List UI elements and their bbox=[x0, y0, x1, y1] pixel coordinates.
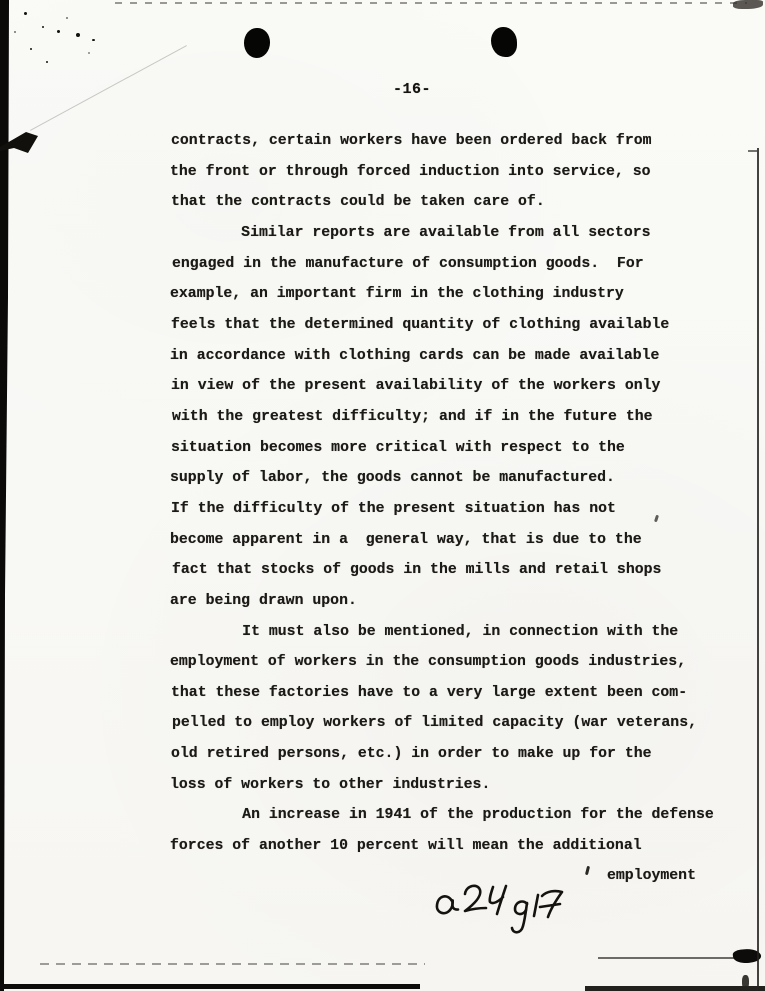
top-right-ink-smudge bbox=[733, 0, 763, 9]
right-edge-line bbox=[757, 148, 759, 991]
typewritten-line: forces of another 10 percent will mean t… bbox=[170, 831, 713, 862]
typewritten-line: engaged in the manufacture of consumptio… bbox=[172, 249, 715, 280]
typewritten-line: situation becomes more critical with res… bbox=[171, 433, 714, 464]
bottom-crease-line bbox=[40, 963, 425, 965]
ink-speck bbox=[76, 33, 80, 37]
typewritten-line: feels that the determined quantity of cl… bbox=[171, 310, 714, 341]
typewritten-line: in accordance with clothing cards can be… bbox=[170, 341, 713, 372]
scanned-document-page: -16- contracts, certain workers have bee… bbox=[0, 0, 765, 991]
typewritten-line: in view of the present availability of t… bbox=[171, 371, 714, 402]
typewritten-line: are being drawn upon. bbox=[170, 586, 713, 617]
ink-speck bbox=[57, 30, 60, 33]
ink-speck bbox=[66, 17, 68, 19]
ink-speck bbox=[24, 12, 27, 15]
typewritten-line: It must also be mentioned, in connection… bbox=[171, 617, 714, 648]
stray-ink-tick bbox=[585, 866, 590, 875]
typewritten-line: become apparent in a general way, that i… bbox=[170, 525, 713, 556]
typewritten-line: loss of workers to other industries. bbox=[170, 770, 713, 801]
ink-speck bbox=[92, 39, 95, 41]
typewritten-line: Similar reports are available from all s… bbox=[170, 218, 713, 249]
bottom-crease-line bbox=[598, 957, 740, 959]
bottom-scan-edge-line bbox=[0, 984, 420, 989]
typewritten-line: fact that stocks of goods in the mills a… bbox=[172, 555, 715, 586]
typewritten-line: that these factories have to a very larg… bbox=[171, 678, 714, 709]
typewritten-line: employment of workers in the consumption… bbox=[170, 647, 713, 678]
typewritten-line: contracts, certain workers have been ord… bbox=[171, 126, 714, 157]
typewritten-line: that the contracts could be taken care o… bbox=[171, 187, 714, 218]
punch-hole-left bbox=[244, 28, 270, 58]
typewritten-line: the front or through forced induction in… bbox=[170, 157, 713, 188]
typewritten-line: If the difficulty of the present situati… bbox=[171, 494, 714, 525]
typewritten-line: pelled to employ workers of limited capa… bbox=[172, 708, 715, 739]
diagonal-crease-line bbox=[30, 45, 187, 131]
ink-speck bbox=[30, 48, 32, 50]
ink-speck bbox=[14, 31, 16, 33]
typewritten-line: An increase in 1941 of the production fo… bbox=[171, 800, 714, 831]
typewritten-line: supply of labor, the goods cannot be man… bbox=[170, 463, 713, 494]
right-edge-tick bbox=[748, 150, 757, 152]
ink-speck bbox=[42, 26, 44, 28]
typewritten-line: with the greatest difficulty; and if in … bbox=[172, 402, 715, 433]
punch-hole-right bbox=[491, 27, 517, 57]
typewritten-body: contracts, certain workers have been ord… bbox=[171, 126, 714, 862]
bottom-scan-edge-line bbox=[585, 986, 765, 991]
ink-speck bbox=[46, 61, 48, 63]
ink-speck bbox=[88, 52, 90, 54]
handwritten-annotation bbox=[428, 879, 576, 943]
page-number: -16- bbox=[393, 81, 431, 98]
top-crease-line bbox=[115, 2, 747, 4]
typewritten-line: example, an important firm in the clothi… bbox=[170, 279, 713, 310]
ink-wedge-mark bbox=[0, 128, 42, 158]
typewritten-line: old retired persons, etc.) in order to m… bbox=[171, 739, 714, 770]
catchword: employment bbox=[607, 868, 696, 884]
